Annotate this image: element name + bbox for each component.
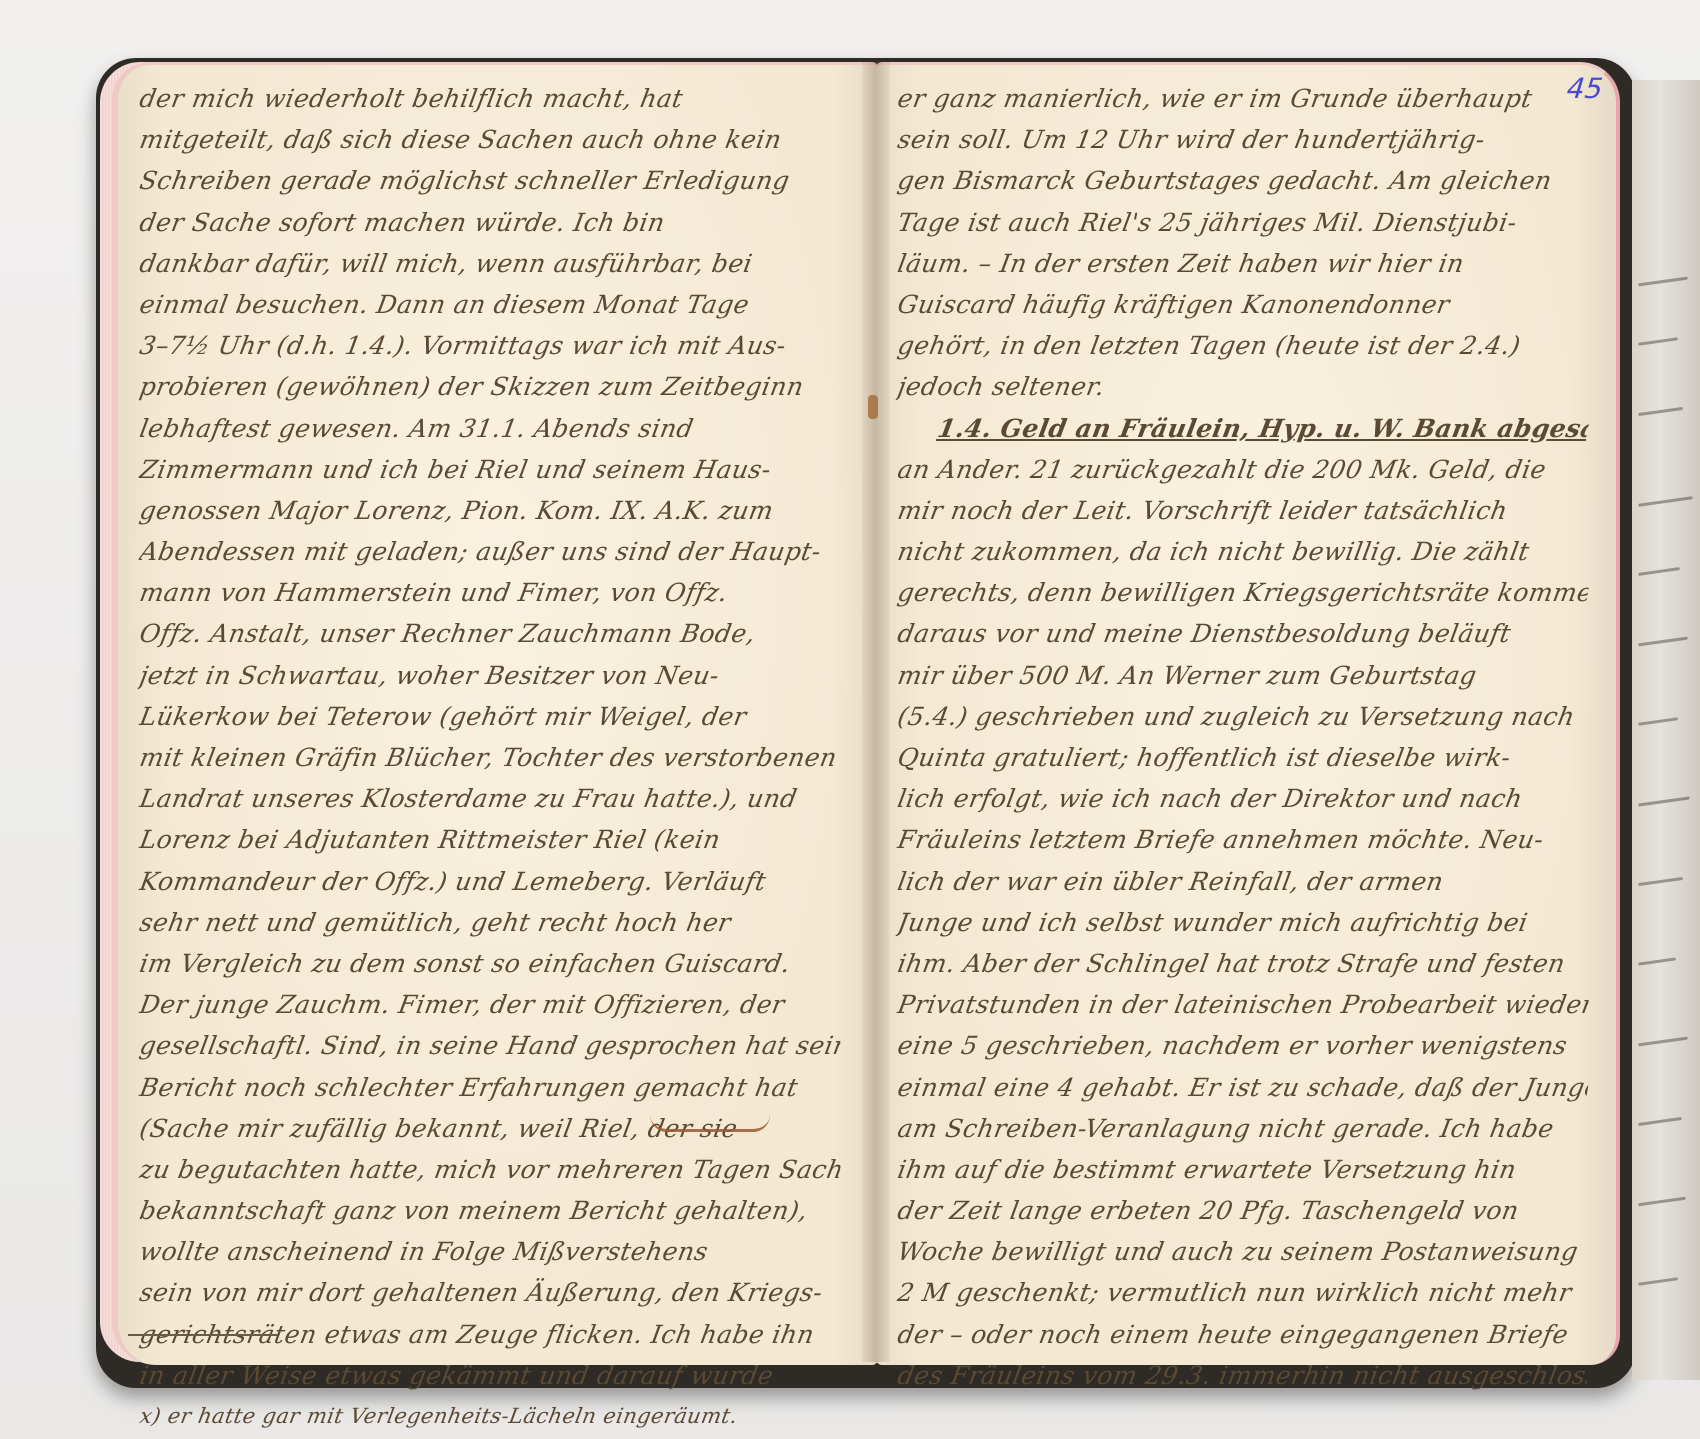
text-line: jedoch seltener. (894, 366, 1591, 407)
ghost-ink-line (1638, 717, 1678, 726)
text-line: ihm. Aber der Schlingel hat trotz Strafe… (894, 943, 1591, 984)
text-line: Schreiben gerade möglichst schneller Erl… (136, 160, 843, 201)
text-line: Quinta gratuliert; hoffentlich ist diese… (894, 737, 1591, 778)
ghost-ink-line (1638, 277, 1688, 287)
text-line: Tage ist auch Riel's 25 jähriges Mil. Di… (894, 202, 1591, 243)
text-line: mir über 500 M. An Werner zum Geburtstag (894, 655, 1591, 696)
text-line: zu begutachten hatte, mich vor mehreren … (136, 1149, 843, 1190)
text-line: gen Bismarck Geburtstages gedacht. Am gl… (894, 160, 1591, 201)
text-line: mir noch der Leit. Vorschrift leider tat… (894, 490, 1591, 531)
ghost-ink-line (1638, 877, 1683, 886)
right-page-text: er ganz manierlich, wie er im Grunde übe… (898, 78, 1588, 1396)
text-line: Kommandeur der Offz.) und Lemeberg. Verl… (136, 861, 843, 902)
ghost-ink-line (1638, 567, 1680, 576)
text-line: probieren (gewöhnen) der Skizzen zum Zei… (136, 366, 843, 407)
text-line: am Schreiben-Veranlagung nicht gerade. I… (894, 1108, 1591, 1149)
text-line: lich der war ein übler Reinfall, der arm… (894, 861, 1591, 902)
ghost-ink-line (1638, 957, 1676, 965)
text-line: wollte anscheinend in Folge Mißverstehen… (136, 1231, 843, 1272)
text-line: Junge und ich selbst wunder mich aufrich… (894, 902, 1591, 943)
text-line: der mich wiederholt behilflich macht, ha… (136, 78, 843, 119)
ghost-ink-line (1638, 496, 1693, 507)
text-line: nicht zukommen, da ich nicht bewillig. D… (894, 531, 1591, 572)
text-line: sehr nett und gemütlich, geht recht hoch… (136, 902, 843, 943)
next-page-fragment (1632, 80, 1700, 1380)
text-line: einmal eine 4 gehabt. Er ist zu schade, … (894, 1067, 1591, 1108)
entry-date-line: 1.4. Geld an Fräulein, Hyp. u. W. Bank a… (894, 408, 1591, 449)
binding-thread (868, 395, 878, 419)
text-line: Privatstunden in der lateinischen Probea… (894, 984, 1591, 1025)
text-line: gerechts, denn bewilligen Kriegsgerichts… (894, 572, 1591, 613)
text-line: genossen Major Lorenz, Pion. Kom. IX. A.… (136, 490, 843, 531)
text-line: gehört, in den letzten Tagen (heute ist … (894, 325, 1591, 366)
text-line: Abendessen mit geladen; außer uns sind d… (136, 531, 843, 572)
left-page-text: der mich wiederholt behilflich macht, ha… (140, 78, 840, 1437)
text-line: Bericht noch schlechter Erfahrungen gema… (136, 1067, 843, 1108)
ghost-ink-line (1638, 337, 1678, 346)
text-line: bekanntschaft ganz von meinem Bericht ge… (136, 1190, 843, 1231)
text-line: sein soll. Um 12 Uhr wird der hundertjäh… (894, 119, 1591, 160)
text-line: ihm auf die bestimmt erwartete Versetzun… (894, 1149, 1591, 1190)
ink-correction-mark (650, 1115, 770, 1132)
ghost-ink-line (1638, 1277, 1678, 1286)
ghost-ink-line (1638, 407, 1683, 416)
text-line: daraus vor und meine Dienstbesoldung bel… (894, 613, 1591, 654)
text-line: lebhaftest gewesen. Am 31.1. Abends sind (136, 408, 843, 449)
text-line: dankbar dafür, will mich, wenn ausführba… (136, 243, 843, 284)
footnote-line: x) er hatte gar mit Verlegenheits-Lächel… (136, 1396, 843, 1437)
text-line: mann von Hammerstein und Fimer, von Offz… (136, 572, 843, 613)
text-line: 3–7½ Uhr (d.h. 1.4.). Vormittags war ich… (136, 325, 843, 366)
ghost-ink-line (1638, 796, 1690, 806)
text-line: Landrat unseres Klosterdame zu Frau hatt… (136, 778, 843, 819)
text-line: der – oder noch einem heute eingegangene… (894, 1314, 1591, 1355)
footnote-underline (128, 1334, 278, 1336)
ghost-ink-line (1638, 1117, 1682, 1126)
text-line: Der junge Zauchm. Fimer, der mit Offizie… (136, 984, 843, 1025)
text-line: des Fräuleins vom 29.3. immerhin nicht a… (894, 1355, 1591, 1396)
text-line: Woche bewilligt und auch zu seinem Posta… (894, 1231, 1591, 1272)
text-line: gesellschaftl. Sind, in seine Hand gespr… (136, 1025, 843, 1066)
text-line: mit kleinen Gräfin Blücher, Tochter des … (136, 737, 843, 778)
text-line: an Ander. 21 zurückgezahlt die 200 Mk. G… (894, 449, 1591, 490)
ghost-ink-line (1638, 637, 1688, 647)
text-line: einmal besuchen. Dann an diesem Monat Ta… (136, 284, 843, 325)
ghost-ink-line (1638, 1037, 1688, 1047)
text-line: läum. – In der ersten Zeit haben wir hie… (894, 243, 1591, 284)
text-line: im Vergleich zu dem sonst so einfachen G… (136, 943, 843, 984)
ghost-ink-line (1638, 1197, 1686, 1207)
text-line: Lorenz bei Adjutanten Rittmeister Riel (… (136, 819, 843, 860)
text-line: er ganz manierlich, wie er im Grunde übe… (894, 78, 1591, 119)
text-line: Lükerkow bei Teterow (gehört mir Weigel,… (136, 696, 843, 737)
text-line: (5.4.) geschrieben und zugleich zu Verse… (894, 696, 1591, 737)
text-line: Guiscard häufig kräftigen Kanonendonner (894, 284, 1591, 325)
text-line: Offz. Anstalt, unser Rechner Zauchmann B… (136, 613, 843, 654)
text-line: eine 5 geschrieben, nachdem er vorher we… (894, 1025, 1591, 1066)
text-line: mitgeteilt, daß sich diese Sachen auch o… (136, 119, 843, 160)
text-line: der Sache sofort machen würde. Ich bin (136, 202, 843, 243)
text-line: in aller Weise etwas gekämmt und darauf … (136, 1355, 843, 1396)
text-line: sein von mir dort gehaltenen Äußerung, d… (136, 1272, 843, 1313)
text-line: der Zeit lange erbeten 20 Pfg. Taschenge… (894, 1190, 1591, 1231)
text-line: Zimmermann und ich bei Riel und seinem H… (136, 449, 843, 490)
book-gutter (862, 62, 890, 1362)
text-line: jetzt in Schwartau, woher Besitzer von N… (136, 655, 843, 696)
text-line: Fräuleins letztem Briefe annehmen möchte… (894, 819, 1591, 860)
text-line: lich erfolgt, wie ich nach der Direktor … (894, 778, 1591, 819)
text-line: 2 M geschenkt; vermutlich nun wirklich n… (894, 1272, 1591, 1313)
